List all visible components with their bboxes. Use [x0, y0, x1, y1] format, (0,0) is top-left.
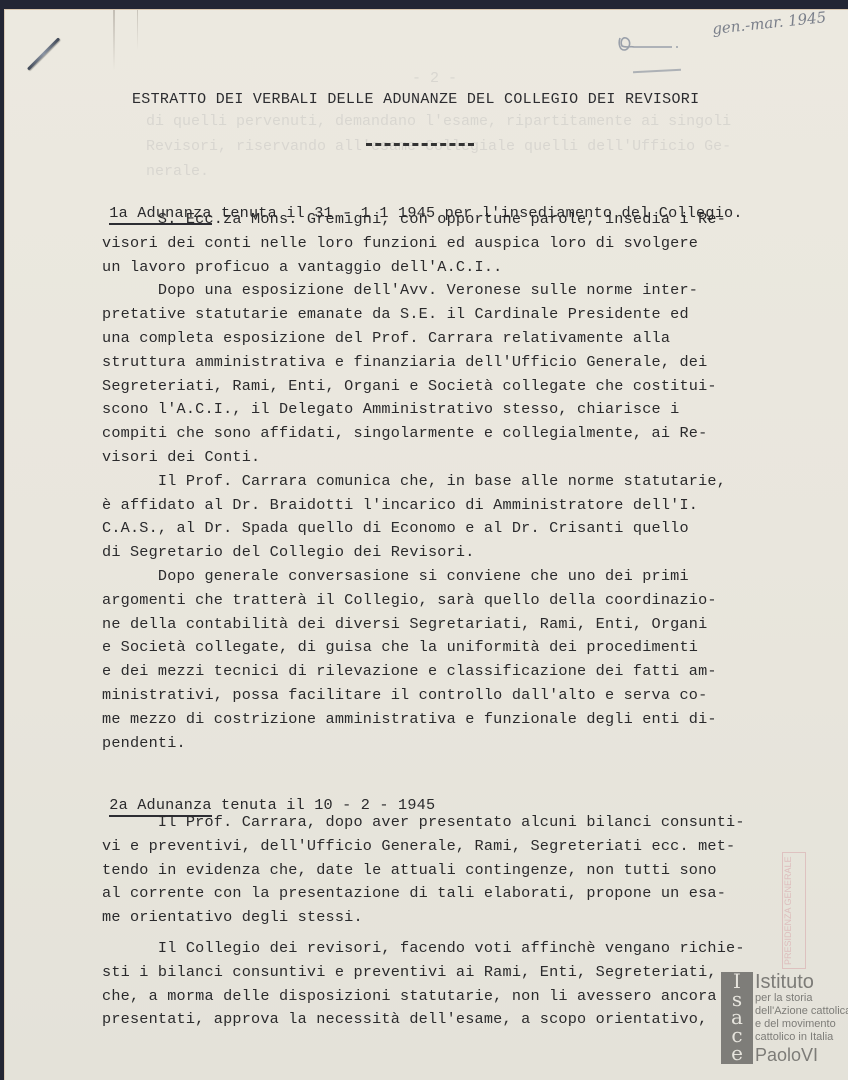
text-line: Il Prof. Carrara comunica che, in base a…: [102, 471, 726, 491]
title-divider: [366, 143, 474, 146]
text-line: scono l'A.C.I., il Delegato Amministrati…: [102, 399, 679, 419]
text-line: ne della contabilità dei diversi Segreta…: [102, 614, 707, 634]
page-title: ESTRATTO DEI VERBALI DELLE ADUNANZE DEL …: [132, 91, 699, 108]
text-line: visori dei conti nelle loro funzioni ed …: [102, 233, 698, 253]
text-line: compiti che sono affidati, singolarmente…: [102, 423, 707, 443]
text-line: visori dei Conti.: [102, 447, 260, 467]
logo-line: e del movimento: [755, 1018, 848, 1031]
text-line: una completa esposizione del Prof. Carra…: [102, 328, 670, 348]
bleed-page-number: - 2 -: [412, 66, 457, 91]
text-line: Il Prof. Carrara, dopo aver presentato a…: [102, 812, 745, 832]
bleed-line: di quelli pervenuti, demandano l'esame, …: [146, 109, 731, 134]
logo-mark: I s a c e: [721, 972, 753, 1064]
text-line: Segreteriati, Rami, Enti, Organi e Socie…: [102, 376, 717, 396]
text-line: me orientativo degli stessi.: [102, 907, 363, 927]
text-line: un lavoro proficuo a vantaggio dell'A.C.…: [102, 257, 503, 277]
text-line: al corrente con la presentazione di tali…: [102, 883, 726, 903]
text-line: sti i bilanci consuntivi e preventivi ai…: [102, 962, 717, 982]
text-line: ministrativi, possa facilitare il contro…: [102, 685, 707, 705]
bleed-line: Revisori, riservando all'esame Collegial…: [146, 134, 731, 159]
text-line: me mezzo di costrizione amministrativa e…: [102, 709, 717, 729]
text-line: che, a morma delle disposizioni statutar…: [102, 986, 717, 1006]
text-line: argomenti che tratterà il Collegio, sarà…: [102, 590, 717, 610]
text-line: di Segretario del Collegio dei Revisori.: [102, 542, 475, 562]
logo-line: per la storia: [755, 992, 848, 1005]
text-line: C.A.S., al Dr. Spada quello di Economo e…: [102, 518, 689, 538]
text-line: pendenti.: [102, 733, 186, 753]
paper-fold: [113, 10, 115, 70]
logo-line: PaoloVI: [755, 1045, 848, 1065]
text-line: S. Ecc.za Mons. Gremigni, con opportune …: [102, 209, 726, 229]
paper-fold: [137, 10, 138, 50]
text-line: Il Collegio dei revisori, facendo voti a…: [102, 938, 745, 958]
text-line: vi e preventivi, dell'Ufficio Generale, …: [102, 836, 735, 856]
red-stamp: PRESIDENZA GENERALE: [782, 852, 806, 969]
text-line: Dopo generale conversasione si conviene …: [102, 566, 689, 586]
bleed-line: nerale.: [146, 159, 209, 184]
text-line: e Società collegate, di guisa che la uni…: [102, 637, 698, 657]
text-line: presentati, approva la necessità dell'es…: [102, 1009, 707, 1029]
logo-text: Istituto per la storia dell'Azione catto…: [755, 972, 848, 1065]
logo-line: cattolico in Italia: [755, 1031, 848, 1044]
text-line: Dopo una esposizione dell'Avv. Veronese …: [102, 280, 698, 300]
logo-line: dell'Azione cattolica: [755, 1005, 848, 1018]
text-line: tendo in evidenza che, date le attuali c…: [102, 860, 717, 880]
pencil-initials-icon: [616, 34, 678, 54]
text-line: pretative statutarie emanate da S.E. il …: [102, 304, 689, 324]
text-line: è affidato al Dr. Braidotti l'incarico d…: [102, 495, 698, 515]
isacem-logo: I s a c e Istituto per la storia dell'Az…: [721, 972, 841, 1064]
logo-line: Istituto: [755, 972, 848, 992]
logo-letter: e: [721, 1044, 753, 1062]
text-line: struttura amministrativa e finanziaria d…: [102, 352, 707, 372]
text-line: e dei mezzi tecnici di rilevazione e cla…: [102, 661, 717, 681]
